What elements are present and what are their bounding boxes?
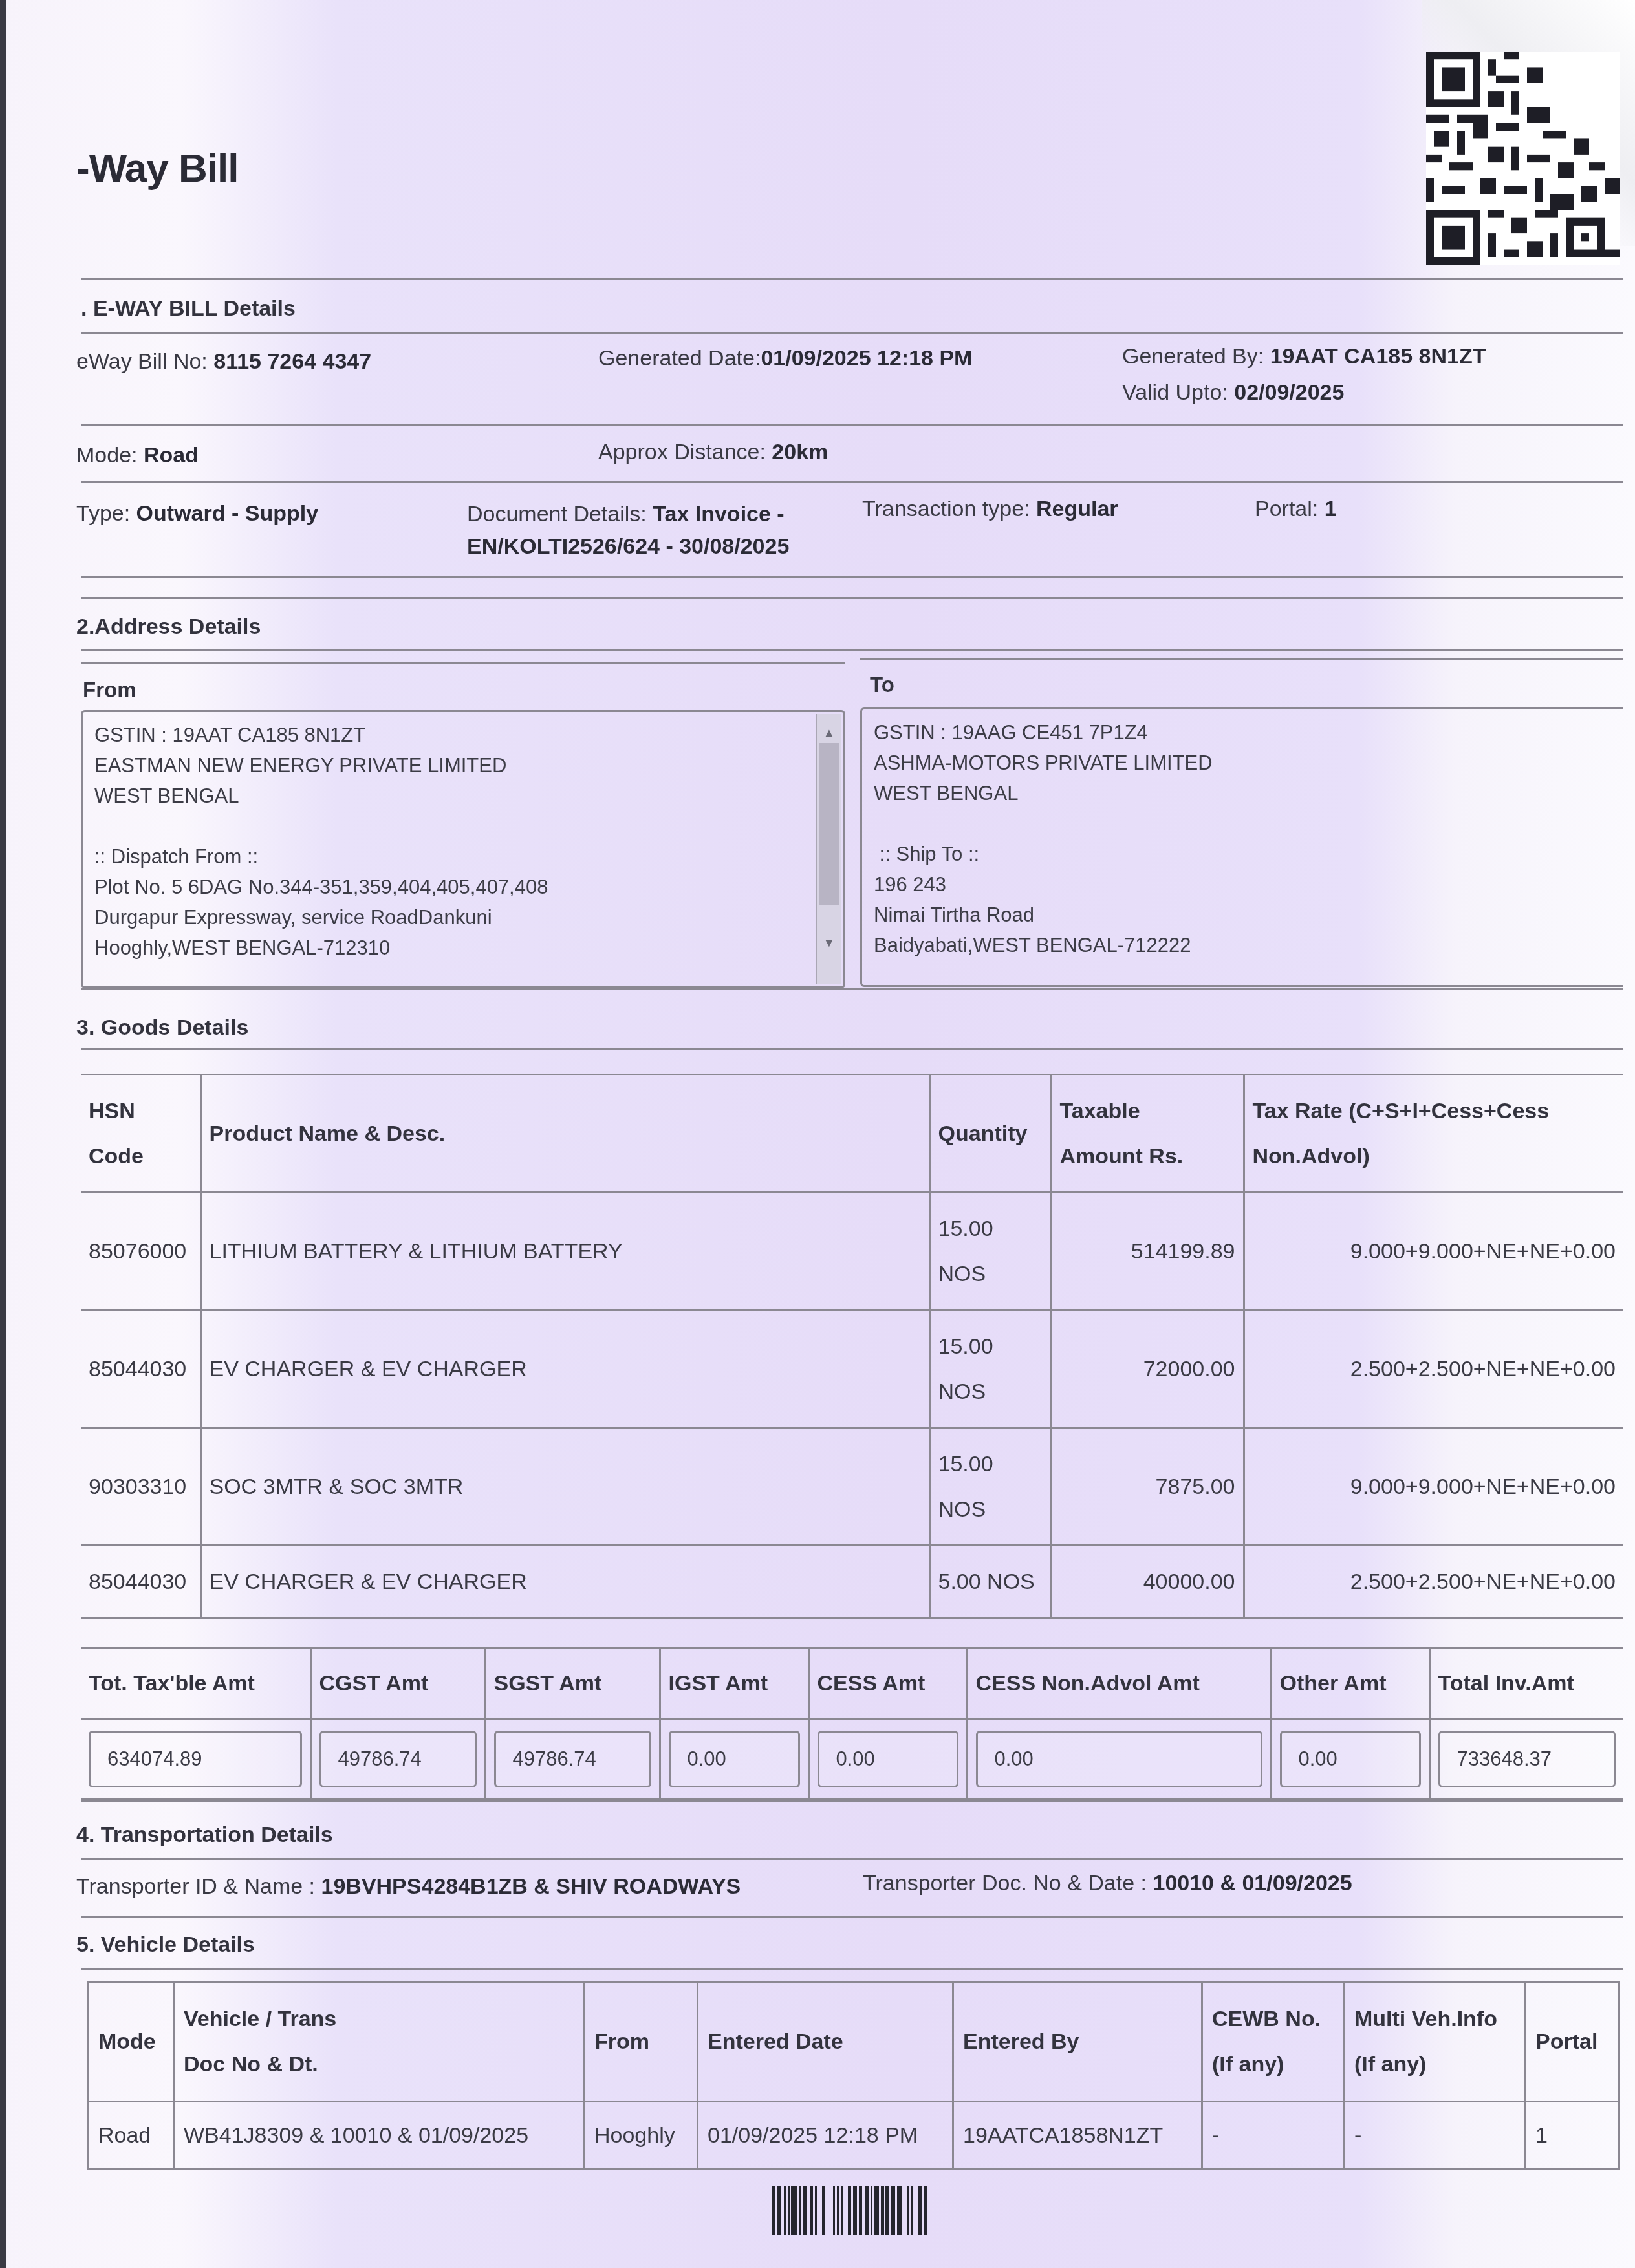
to-address-line: 196 243 [874, 869, 1612, 900]
quantity: 5.00 NOS [929, 1546, 1051, 1618]
generated-by-label: Generated By: [1122, 344, 1270, 369]
transaction-type-value: Regular [1036, 497, 1118, 521]
approx-distance-label: Approx Distance: [598, 440, 772, 464]
col-taxable-amount: TaxableAmount Rs. [1051, 1075, 1244, 1193]
divider [81, 1968, 1623, 1970]
document-details: Document Details: Tax Invoice - EN/KOLTI… [467, 498, 789, 563]
page-title: -Way Bill [76, 146, 239, 191]
to-address-box[interactable]: GSTIN : 19AAG CE451 7P1Z4 ASHMA-MOTORS P… [860, 707, 1623, 987]
tax-rate: 9.000+9.000+NE+NE+0.00 [1244, 1428, 1623, 1546]
quantity: 15.00NOS [929, 1310, 1051, 1428]
divider [860, 658, 1623, 660]
approx-distance-value: 20km [772, 440, 828, 464]
col-portal: Portal [1526, 1982, 1619, 2102]
to-address-line: GSTIN : 19AAG CE451 7P1Z4 [874, 717, 1612, 748]
transaction-type: Transaction type: Regular [862, 497, 1118, 522]
hsn-code: 85044030 [81, 1310, 200, 1428]
document-details-line2: EN/KOLTI2526/624 - 30/08/2025 [467, 534, 789, 559]
tax-rate: 9.000+9.000+NE+NE+0.00 [1244, 1193, 1623, 1310]
transaction-type-label: Transaction type: [862, 497, 1036, 521]
tax-rate: 2.500+2.500+NE+NE+0.00 [1244, 1310, 1623, 1428]
scroll-down-arrow-icon[interactable]: ▼ [817, 928, 841, 958]
transporter-value: 19BVHPS4284B1ZB & SHIV ROADWAYS [321, 1874, 741, 1899]
vehicle-entered-date: 01/09/2025 12:18 PM [698, 2102, 953, 2170]
col-tax-rate: Tax Rate (C+S+I+Cess+CessNon.Advol) [1244, 1075, 1623, 1193]
taxable-amount: 72000.00 [1051, 1310, 1244, 1428]
valid-upto-label: Valid Upto: [1122, 380, 1234, 405]
hsn-code: 85044030 [81, 1546, 200, 1618]
divider [81, 1048, 1623, 1050]
product-name: SOC 3MTR & SOC 3MTR [200, 1428, 929, 1546]
transporter-doc-value: 10010 & 01/09/2025 [1153, 1871, 1352, 1895]
portal-label: Portal: [1255, 497, 1325, 521]
col-multi-veh-info: Multi Veh.Info(If any) [1345, 1982, 1526, 2102]
mode-label: Mode: [76, 443, 144, 468]
section-heading-address-details: 2.Address Details [76, 614, 261, 640]
supply-type: Type: Outward - Supply [76, 501, 318, 526]
from-address-line: GSTIN : 19AAT CA185 8N1ZT [94, 720, 832, 750]
goods-table: HSNCode Product Name & Desc. Quantity Ta… [81, 1074, 1623, 1619]
transporter-doc: Transporter Doc. No & Date : 10010 & 01/… [863, 1871, 1352, 1896]
vehicle-entered-by: 19AATCA1858N1ZT [953, 2102, 1202, 2170]
product-name: LITHIUM BATTERY & LITHIUM BATTERY [200, 1193, 929, 1310]
from-address-line: Hooghly,WEST BENGAL-712310 [94, 933, 832, 963]
col-entered-date: Entered Date [698, 1982, 953, 2102]
document-details-label: Document Details: [467, 502, 653, 526]
divider [81, 481, 1623, 483]
quantity: 15.00NOS [929, 1428, 1051, 1546]
address-scrollbar[interactable]: ▲ ▼ [816, 714, 841, 984]
tax-rate: 2.500+2.500+NE+NE+0.00 [1244, 1546, 1623, 1618]
vehicle-doc: WB41J8309 & 10010 & 01/09/2025 [174, 2102, 585, 2170]
other-amt-field: 0.00 [1280, 1731, 1421, 1787]
barcode-icon [772, 2186, 929, 2235]
eway-bill-no-value: 8115 7264 4347 [213, 349, 371, 374]
divider [81, 278, 1623, 280]
approx-distance: Approx Distance: 20km [598, 440, 828, 465]
from-address-line: Plot No. 5 6DAG No.344-351,359,404,405,4… [94, 872, 832, 902]
to-address-line: WEST BENGAL [874, 778, 1612, 808]
taxable-amount: 7875.00 [1051, 1428, 1244, 1546]
from-address-line: WEST BENGAL [94, 781, 832, 811]
col-mode: Mode [89, 1982, 174, 2102]
vehicle-header-row: Mode Vehicle / TransDoc No & Dt. From En… [89, 1982, 1619, 2102]
vehicle-from: Hooghly [585, 2102, 698, 2170]
table-row: 85044030 EV CHARGER & EV CHARGER 15.00NO… [81, 1310, 1623, 1428]
col-entered-by: Entered By [953, 1982, 1202, 2102]
tot-taxable-header: Tot. Tax'ble Amt [81, 1648, 310, 1719]
supply-type-label: Type: [76, 501, 136, 526]
divider [81, 988, 1623, 990]
hsn-code: 90303310 [81, 1428, 200, 1546]
divider [81, 424, 1623, 426]
total-inv-header: Total Inv.Amt [1429, 1648, 1623, 1719]
totals-value-row: 634074.89 49786.74 49786.74 0.00 0.00 0.… [81, 1719, 1623, 1801]
to-address-line: Nimai Tirtha Road [874, 900, 1612, 930]
col-vehicle-trans-doc: Vehicle / TransDoc No & Dt. [174, 1982, 585, 2102]
divider [81, 649, 1623, 651]
hsn-code: 85076000 [81, 1193, 200, 1310]
vehicle-multi-info: - [1345, 2102, 1526, 2170]
transporter-label: Transporter ID & Name : [76, 1874, 321, 1899]
vehicle-cewb: - [1202, 2102, 1345, 2170]
from-address-box[interactable]: GSTIN : 19AAT CA185 8N1ZT EASTMAN NEW EN… [81, 710, 845, 988]
divider [81, 1916, 1623, 1918]
valid-upto-value: 02/09/2025 [1234, 380, 1344, 405]
portal-value: 1 [1325, 497, 1337, 521]
product-name: EV CHARGER & EV CHARGER [200, 1310, 929, 1428]
section-heading-transportation-details: 4. Transportation Details [76, 1822, 333, 1848]
eway-bill-no-label: eWay Bill No: [76, 349, 213, 374]
divider [81, 576, 1623, 578]
total-inv-field: 733648.37 [1438, 1731, 1616, 1787]
transporter-id-name: Transporter ID & Name : 19BVHPS4284B1ZB … [76, 1874, 741, 1899]
from-address-line: Durgapur Expressway, service RoadDankuni [94, 902, 832, 933]
section-heading-eway-bill-details: . E-WAY BILL Details [81, 296, 296, 321]
divider [81, 332, 1623, 334]
igst-header: IGST Amt [660, 1648, 808, 1719]
document-details-line1: Tax Invoice - [653, 502, 784, 526]
table-row: Road WB41J8309 & 10010 & 01/09/2025 Hoog… [89, 2102, 1619, 2170]
totals-table: Tot. Tax'ble Amt CGST Amt SGST Amt IGST … [81, 1647, 1623, 1802]
from-address-line: :: Dispatch From :: [94, 841, 832, 872]
vehicle-mode: Road [89, 2102, 174, 2170]
totals-header-row: Tot. Tax'ble Amt CGST Amt SGST Amt IGST … [81, 1648, 1623, 1719]
col-product-name: Product Name & Desc. [200, 1075, 929, 1193]
sgst-header: SGST Amt [485, 1648, 660, 1719]
cess-field: 0.00 [817, 1731, 958, 1787]
to-address-line: Baidyabati,WEST BENGAL-712222 [874, 930, 1612, 960]
generated-date-value: 01/09/2025 12:18 PM [761, 346, 972, 371]
vehicle-table: Mode Vehicle / TransDoc No & Dt. From En… [87, 1981, 1620, 2170]
section-heading-vehicle-details: 5. Vehicle Details [76, 1932, 255, 1958]
divider [81, 597, 1623, 599]
generated-date: Generated Date:01/09/2025 12:18 PM [598, 346, 972, 371]
cess-header: CESS Amt [808, 1648, 967, 1719]
sgst-field: 49786.74 [494, 1731, 651, 1787]
quantity: 15.00NOS [929, 1193, 1051, 1310]
vehicle-portal: 1 [1526, 2102, 1619, 2170]
product-name: EV CHARGER & EV CHARGER [200, 1546, 929, 1618]
col-cewb-no: CEWB No.(If any) [1202, 1982, 1345, 2102]
table-row: 90303310 SOC 3MTR & SOC 3MTR 15.00NOS 78… [81, 1428, 1623, 1546]
goods-header-row: HSNCode Product Name & Desc. Quantity Ta… [81, 1075, 1623, 1193]
cgst-field: 49786.74 [319, 1731, 477, 1787]
cess-non-advol-field: 0.00 [976, 1731, 1262, 1787]
divider [81, 1858, 1623, 1860]
qr-code-icon [1426, 52, 1620, 265]
section-heading-goods-details: 3. Goods Details [76, 1015, 248, 1041]
eway-bill-no: eWay Bill No: 8115 7264 4347 [76, 349, 371, 374]
to-address-line [874, 808, 1612, 839]
scrollbar-thumb[interactable] [819, 743, 839, 905]
cess-non-advol-header: CESS Non.Advol Amt [967, 1648, 1271, 1719]
col-from: From [585, 1982, 698, 2102]
table-row: 85044030 EV CHARGER & EV CHARGER 5.00 NO… [81, 1546, 1623, 1618]
other-amt-header: Other Amt [1271, 1648, 1429, 1719]
col-hsn-code: HSNCode [81, 1075, 200, 1193]
generated-by-value: 19AAT CA185 8N1ZT [1270, 344, 1486, 369]
generated-by: Generated By: 19AAT CA185 8N1ZT [1122, 344, 1486, 369]
mode-value: Road [144, 443, 199, 468]
valid-upto: Valid Upto: 02/09/2025 [1122, 380, 1344, 405]
generated-date-label: Generated Date: [598, 346, 761, 371]
portal: Portal: 1 [1255, 497, 1337, 522]
to-address-line: ASHMA-MOTORS PRIVATE LIMITED [874, 748, 1612, 778]
to-label: To [870, 673, 894, 697]
to-address-line: :: Ship To :: [874, 839, 1612, 869]
taxable-amount: 514199.89 [1051, 1193, 1244, 1310]
tot-taxable-field: 634074.89 [89, 1731, 302, 1787]
table-row: 85076000 LITHIUM BATTERY & LITHIUM BATTE… [81, 1193, 1623, 1310]
mode: Mode: Road [76, 443, 199, 468]
from-label: From [83, 678, 136, 702]
cgst-header: CGST Amt [310, 1648, 485, 1719]
igst-field: 0.00 [669, 1731, 800, 1787]
from-address-line: EASTMAN NEW ENERGY PRIVATE LIMITED [94, 750, 832, 781]
transporter-doc-label: Transporter Doc. No & Date : [863, 1871, 1153, 1895]
divider [81, 662, 845, 664]
col-quantity: Quantity [929, 1075, 1051, 1193]
supply-type-value: Outward - Supply [136, 501, 318, 526]
from-address-line [94, 811, 832, 841]
taxable-amount: 40000.00 [1051, 1546, 1244, 1618]
scan-edge [0, 0, 6, 2268]
